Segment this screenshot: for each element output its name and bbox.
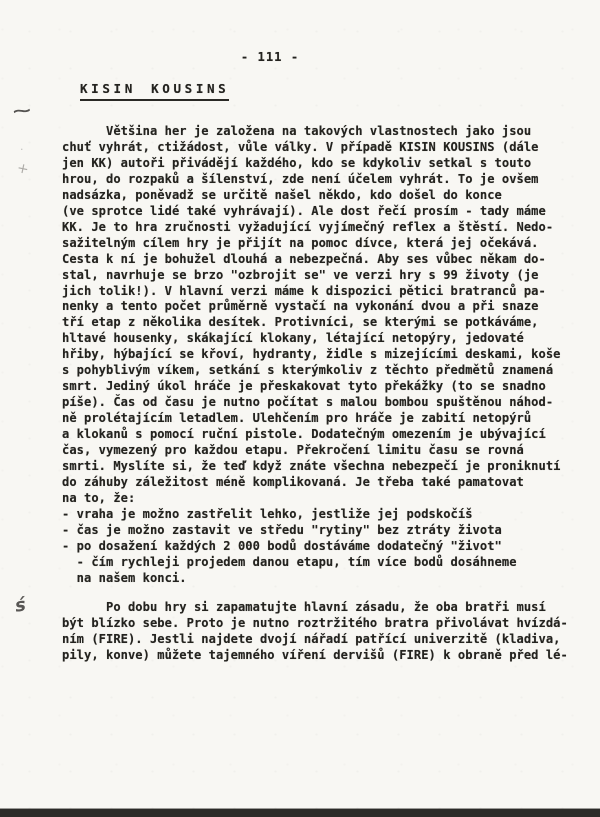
pen-mark: + [15, 160, 30, 178]
pen-mark: ś [14, 594, 28, 616]
pen-mark: · [20, 143, 24, 156]
pen-mark: ~ [9, 100, 34, 120]
paragraph-1: Většina her je založena na takových vlas… [62, 124, 561, 587]
page-number: - 111 - [0, 50, 540, 64]
scanned-page: - 111 - KISIN KOUSINS Většina her je zal… [0, 0, 600, 817]
page-title: KISIN KOUSINS [80, 81, 229, 101]
paragraph-2: Po dobu hry si zapamatujte hlavní zásadu… [62, 600, 568, 664]
scan-edge-artifact [0, 809, 600, 817]
